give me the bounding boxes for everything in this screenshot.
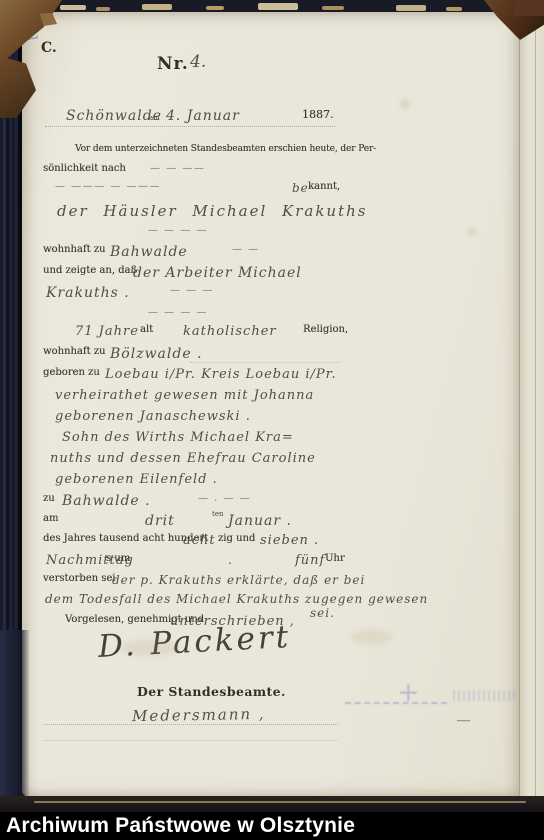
form-line: der Häusler Michael Krakuths (20, 202, 520, 220)
paper-chip (258, 3, 298, 10)
printed-form-text: verstorben sei (43, 573, 116, 584)
printed-form-text: sönlichkeit nach (43, 163, 126, 174)
handwritten-text: be (292, 181, 309, 195)
registrar-title: Der Standesbeamte. (137, 684, 286, 699)
ink-flourish: — — — — (148, 225, 208, 236)
form-line: verheirathet gewesen mit Johanna (20, 388, 520, 406)
handwritten-text: Bahwalde . (62, 493, 151, 509)
ink-flourish: — — —— (150, 163, 205, 174)
form-line: sönlichkeit nach— — —— (20, 163, 520, 181)
form-rule (45, 126, 335, 127)
form-line: des Jahres tausend acht hundertachtzig u… (20, 533, 520, 551)
handwritten-text: 4. Januar (166, 108, 240, 124)
record-number-label: Nr. (157, 54, 189, 74)
printed-form-text: 1887. (302, 108, 334, 121)
handwritten-text: fünf (295, 553, 325, 568)
handwritten-text: sieben . (260, 533, 319, 548)
paper-chip (142, 4, 172, 10)
handwritten-text: geborenen Eilenfeld . (55, 472, 218, 487)
printed-form-text: Uhr (325, 553, 345, 564)
printed-form-text: s um (106, 553, 130, 564)
printed-form-text: alt (140, 324, 153, 335)
handwritten-text: dem Todesfall des Michael Krakuths zugeg… (45, 592, 428, 606)
paper-stain (400, 100, 410, 108)
handwritten-text: acht (183, 533, 216, 548)
record-number-value: 4. (190, 52, 206, 72)
handwritten-text: Bölzwalde . (110, 346, 203, 362)
printed-form-text: am (149, 114, 160, 122)
handwritten-text: der Arbeiter Michael (133, 265, 302, 281)
stamp-cross-icon: + (397, 677, 420, 708)
handwritten-text: Krakuths . (46, 285, 130, 301)
ink-flourish: — — — (170, 285, 214, 296)
register-page: 2 C. Nr. 4. Schönwaldeam4. Januar1887.Vo… (20, 12, 520, 798)
printed-form-text: zu (43, 493, 55, 504)
printed-form-text: am (43, 513, 58, 524)
form-line: geboren zuLoebau i/Pr. Kreis Loebau i/Pr… (20, 367, 520, 385)
handwritten-text: drit (145, 513, 175, 529)
handwritten-text: geborenen Janaschewski . (55, 409, 251, 424)
handwritten-text: Loebau i/Pr. Kreis Loebau i/Pr. (105, 367, 337, 382)
form-line: Nachmittags um.fünfUhr (20, 553, 520, 571)
form-line: — — — — (20, 225, 520, 243)
printed-form-text: Religion, (303, 324, 348, 335)
form-rule (43, 740, 338, 741)
stamp-illegible-text (453, 690, 515, 701)
stamp-dashes (345, 702, 447, 704)
ink-flourish: — ——— — ——— (55, 181, 161, 192)
book-bottom-edge (0, 796, 544, 812)
handwritten-text: Januar . (228, 513, 292, 529)
registrar-signature: Medersmann , (132, 705, 266, 725)
form-line: Vor dem unterzeichneten Standesbeamten e… (20, 144, 520, 162)
form-line: wohnhaft zuBahwalde— — (20, 244, 520, 262)
handwritten-text: 71 Jahre (75, 324, 139, 339)
archive-caption-bar: Archiwum Państwowe w Olsztynie (0, 812, 544, 840)
next-page-edge (519, 14, 544, 798)
form-line: — — — — (20, 307, 520, 325)
printed-form-text: ten (212, 510, 223, 518)
paper-stain (350, 630, 392, 644)
paper-chip (446, 7, 462, 11)
section-letter: C. (41, 40, 57, 56)
form-line: Sohn des Wirths Michael Kra= (20, 430, 520, 448)
form-line: — ——— — ———bekannt, (20, 181, 520, 199)
printed-form-text: wohnhaft zu (43, 244, 105, 255)
form-rule (190, 362, 340, 363)
printed-form-text: kannt, (308, 181, 340, 192)
form-line: zuBahwalde .— . — — (20, 493, 520, 511)
form-line: amdrittenJanuar . (20, 513, 520, 531)
printed-form-text: zig und (218, 533, 255, 544)
handwritten-text: der p. Krakuths erklärte, daß er bei (112, 573, 365, 587)
ink-flourish: — — (232, 244, 260, 255)
book-binding-highlight (0, 630, 30, 812)
printed-form-text: geboren zu (43, 367, 100, 378)
ink-flourish: — (457, 712, 470, 728)
handwritten-text: Bahwalde (110, 244, 188, 260)
form-line: Schönwaldeam4. Januar1887. (20, 108, 520, 126)
paper-chip (322, 6, 344, 10)
form-line: 71 JahrealtkatholischerReligion, (20, 324, 520, 342)
page-edge-highlight (34, 801, 526, 803)
archive-stamp: + (345, 684, 517, 720)
ink-flourish: — . — — (198, 493, 251, 504)
printed-form-text: Vor dem unterzeichneten Standesbeamten e… (75, 144, 345, 154)
printed-form-text: und zeigte an, daß (43, 265, 137, 276)
archive-name: Archiwum Państwowe w Olsztynie (0, 812, 544, 839)
form-line: Krakuths .— — — (20, 285, 520, 303)
form-line: nuths und dessen Ehefrau Caroline (20, 451, 520, 469)
paper-chip (60, 5, 86, 10)
handwritten-text: nuths und dessen Ehefrau Caroline (50, 451, 316, 466)
handwritten-text: der Häusler Michael Krakuths (57, 202, 367, 220)
ink-flourish: — — — — (148, 307, 208, 318)
paper-chip (396, 5, 426, 11)
handwritten-text: Schönwalde (66, 108, 162, 124)
form-line: und zeigte an, daßder Arbeiter Michael (20, 265, 520, 283)
handwritten-text: katholischer (183, 324, 277, 339)
handwritten-text: . (228, 553, 233, 567)
paper-chip (206, 6, 224, 10)
archive-photo: 2 C. Nr. 4. Schönwaldeam4. Januar1887.Vo… (0, 0, 544, 840)
handwritten-text: Sohn des Wirths Michael Kra= (62, 430, 294, 445)
printed-form-text: wohnhaft zu (43, 346, 105, 357)
handwritten-text: verheirathet gewesen mit Johanna (55, 388, 314, 403)
form-line: geborenen Eilenfeld . (20, 472, 520, 490)
form-line: geborenen Janaschewski . (20, 409, 520, 427)
form-line: verstorben seider p. Krakuths erklärte, … (20, 573, 520, 591)
paper-chip (96, 7, 110, 11)
torn-leather-corner (514, 0, 544, 16)
